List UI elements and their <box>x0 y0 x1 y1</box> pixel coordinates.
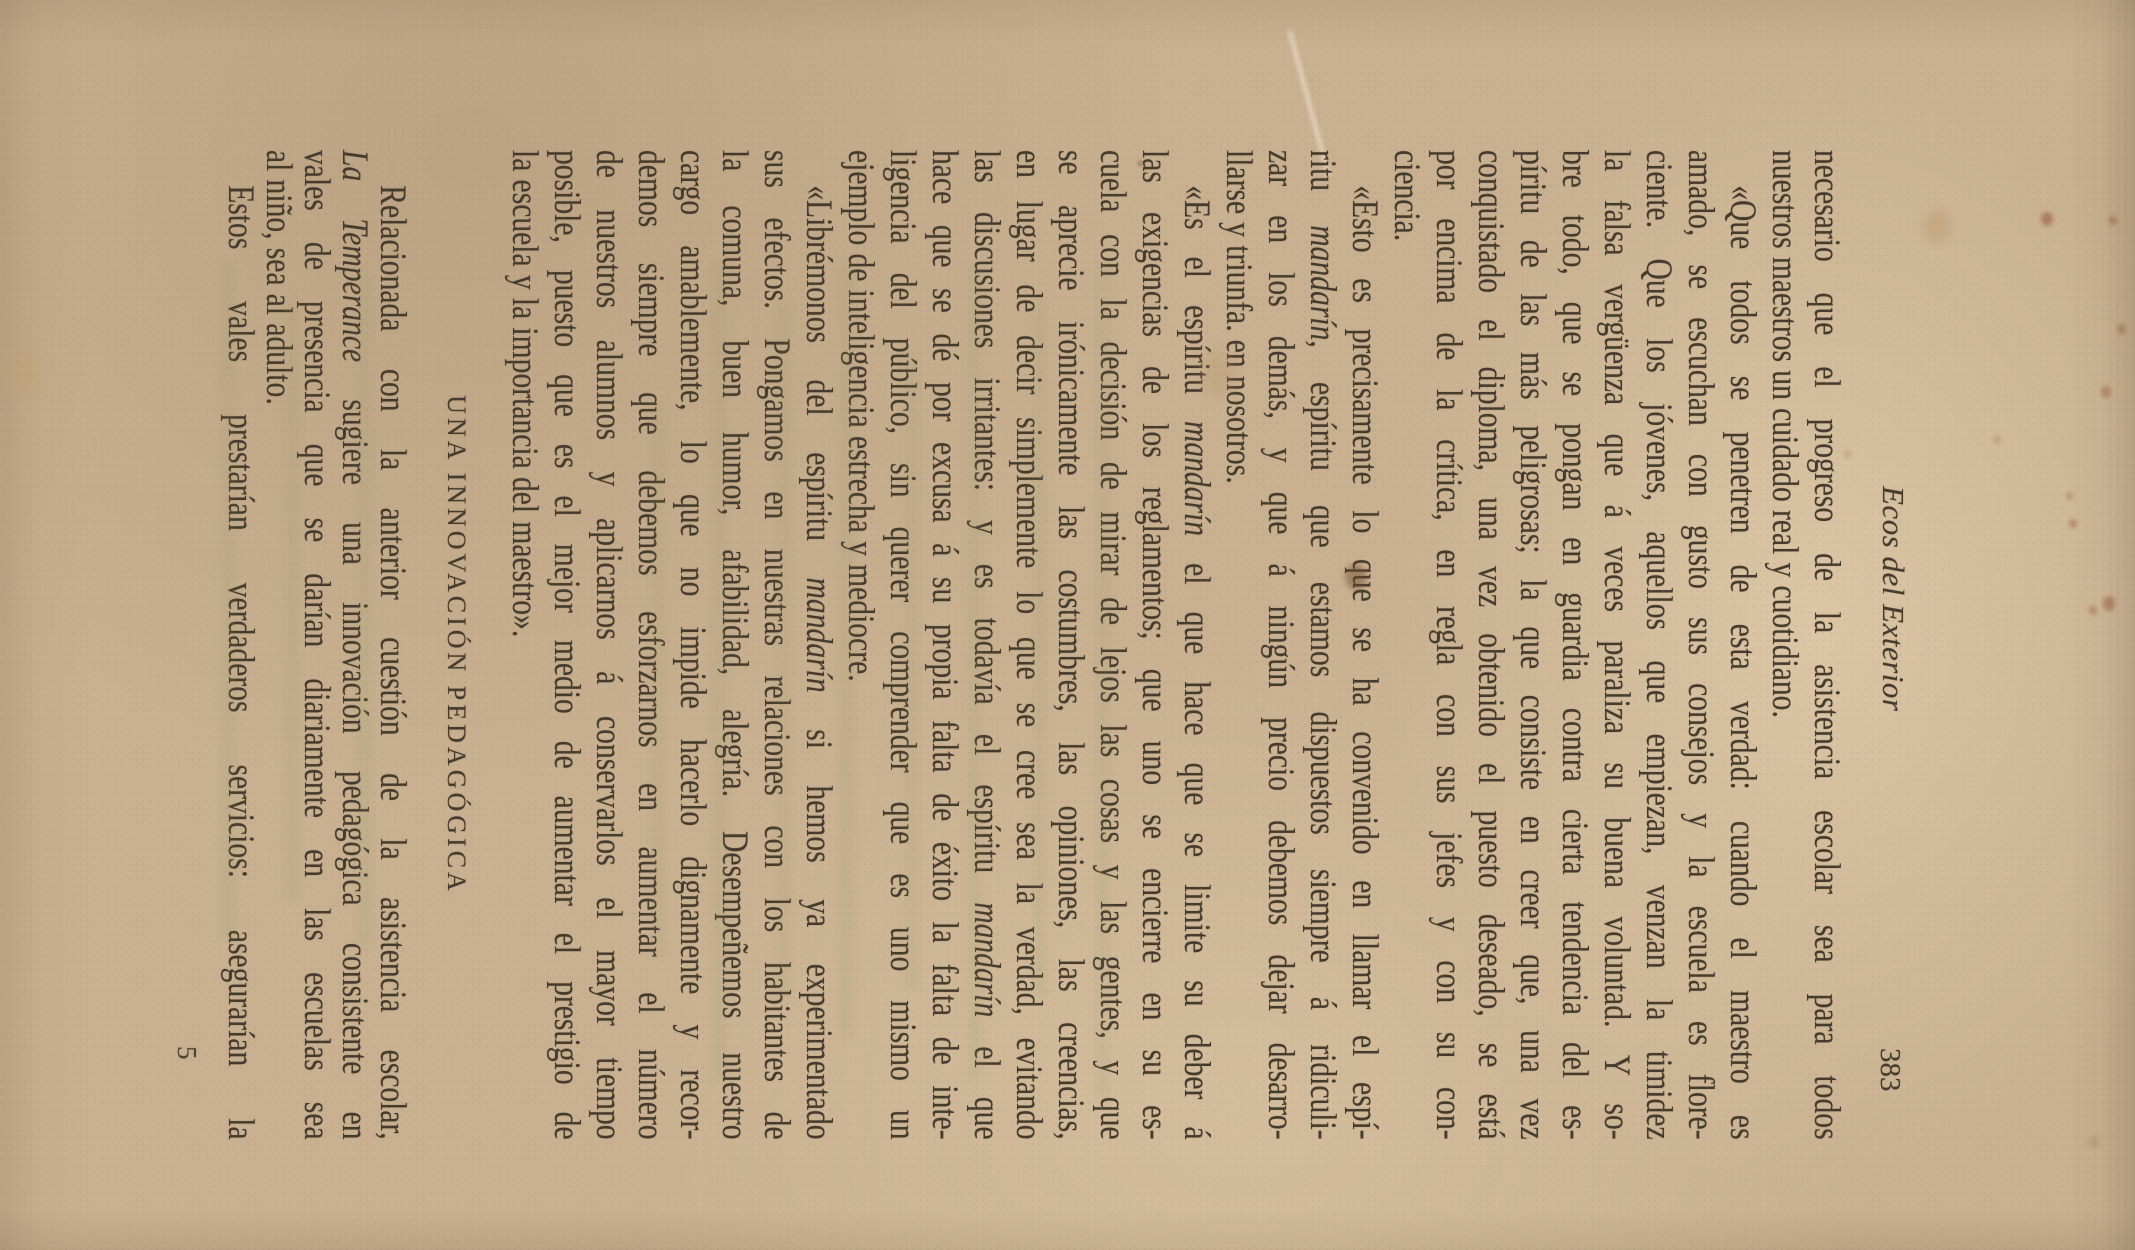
text-line: amado, se escuchan con gusto sus consejo… <box>1679 150 1721 1140</box>
section-heading: UNA INNOVACIÓN PEDAGÓGICA <box>435 150 477 1140</box>
stain <box>2089 606 2097 615</box>
text-line: «Que todos se penetren de esta verdad: c… <box>1721 150 1763 1140</box>
page-number: 383 <box>1873 1048 1907 1092</box>
stain <box>2069 519 2077 528</box>
text-line: ejemplo de inteligencia estrecha y medio… <box>839 150 881 1140</box>
text-line: píritu de las más peligrosas; la que con… <box>1511 150 1553 1140</box>
stain <box>2041 212 2053 226</box>
text-line: de nuestros alumnos y aplicarnos á conse… <box>587 150 629 1140</box>
text-line: las discusiones irritantes: y es todavía… <box>965 150 1007 1140</box>
text-line: la comuna, buen humor, afabilidad, alegr… <box>713 150 755 1140</box>
text-line: la escuela y la importancia del maestro»… <box>503 150 545 1140</box>
text-line: «Librémonos del espíritu mandarín si hem… <box>797 150 839 1140</box>
text-line: ligencia del público, sin querer compren… <box>881 150 923 1140</box>
signature-mark: 5 <box>171 1046 203 1060</box>
text-line: cuela con la decisión de mirar de lejos … <box>1091 150 1133 1140</box>
text-line: las exigencias de los reglamentos; que u… <box>1133 150 1175 1140</box>
text-line: Relacionada con la anterior cuestión de … <box>373 150 411 1140</box>
text-line: zar en los demás, y que á ningún precio … <box>1259 150 1301 1140</box>
text-line: posible, puesto que es el mejor medio de… <box>545 150 587 1140</box>
text-line: «Esto es precisamente lo que se ha conve… <box>1343 150 1385 1140</box>
text-line: ciencia. <box>1385 150 1427 1140</box>
stain <box>2101 386 2111 398</box>
stain <box>2089 1136 2099 1148</box>
stain <box>11 352 41 392</box>
text-line: sus efectos. Pongamos en nuestras relaci… <box>755 150 797 1140</box>
text-line: conquistado el diploma, una vez obtenido… <box>1469 150 1511 1140</box>
text-line: «Es el espíritu mandarín el que hace que… <box>1175 150 1217 1140</box>
text-line: al niño, sea al adulto. <box>259 150 297 1140</box>
text-line: llarse y triunfa. en nosotros. <box>1217 150 1259 1140</box>
text-line: en lugar de decir simplemente lo que se … <box>1007 150 1049 1140</box>
text-line: cargo amablemente, lo que no impide hace… <box>671 150 713 1140</box>
text-line: se aprecie irónicamente las costumbres, … <box>1049 150 1091 1140</box>
text-line: Estos vales prestarían verdaderos servic… <box>221 150 259 1140</box>
stain <box>1923 210 1951 244</box>
text-line: vales de presencia que se darían diariam… <box>297 150 335 1140</box>
text-line: ritu mandarín, espíritu que estamos disp… <box>1301 150 1343 1140</box>
running-head-title: Ecos del Exterior <box>1875 486 1911 711</box>
scan-viewport: Ecos del Exterior 383 necesario que el p… <box>0 0 2135 1250</box>
text-line: La Temperance sugiere una innovación ped… <box>335 150 373 1140</box>
text-line: necesario que el progreso de la asistenc… <box>1805 150 1847 1140</box>
stain <box>2109 216 2117 225</box>
text-line: ciente. Que los jóvenes, aquellos que em… <box>1637 150 1679 1140</box>
text-line: hace que se dé por excusa á su propia fa… <box>923 150 965 1140</box>
text-line: por encima de la crítica, en regla con s… <box>1427 150 1469 1140</box>
book-page: Ecos del Exterior 383 necesario que el p… <box>0 0 2135 1250</box>
text-line: bre todo, que se pongan en guardia contr… <box>1553 150 1595 1140</box>
text-line: la falsa vergüenza que á veces paraliza … <box>1595 150 1637 1140</box>
text-line: nuestros maestros un cuidado real y cuot… <box>1763 150 1805 1140</box>
stain <box>2103 596 2115 611</box>
stain <box>1993 435 2001 444</box>
stain <box>2117 324 2126 334</box>
stain <box>2066 492 2073 500</box>
text-block: necesario que el progreso de la asistenc… <box>221 150 1847 1140</box>
text-line: demos siempre que debemos esforzarnos en… <box>629 150 671 1140</box>
